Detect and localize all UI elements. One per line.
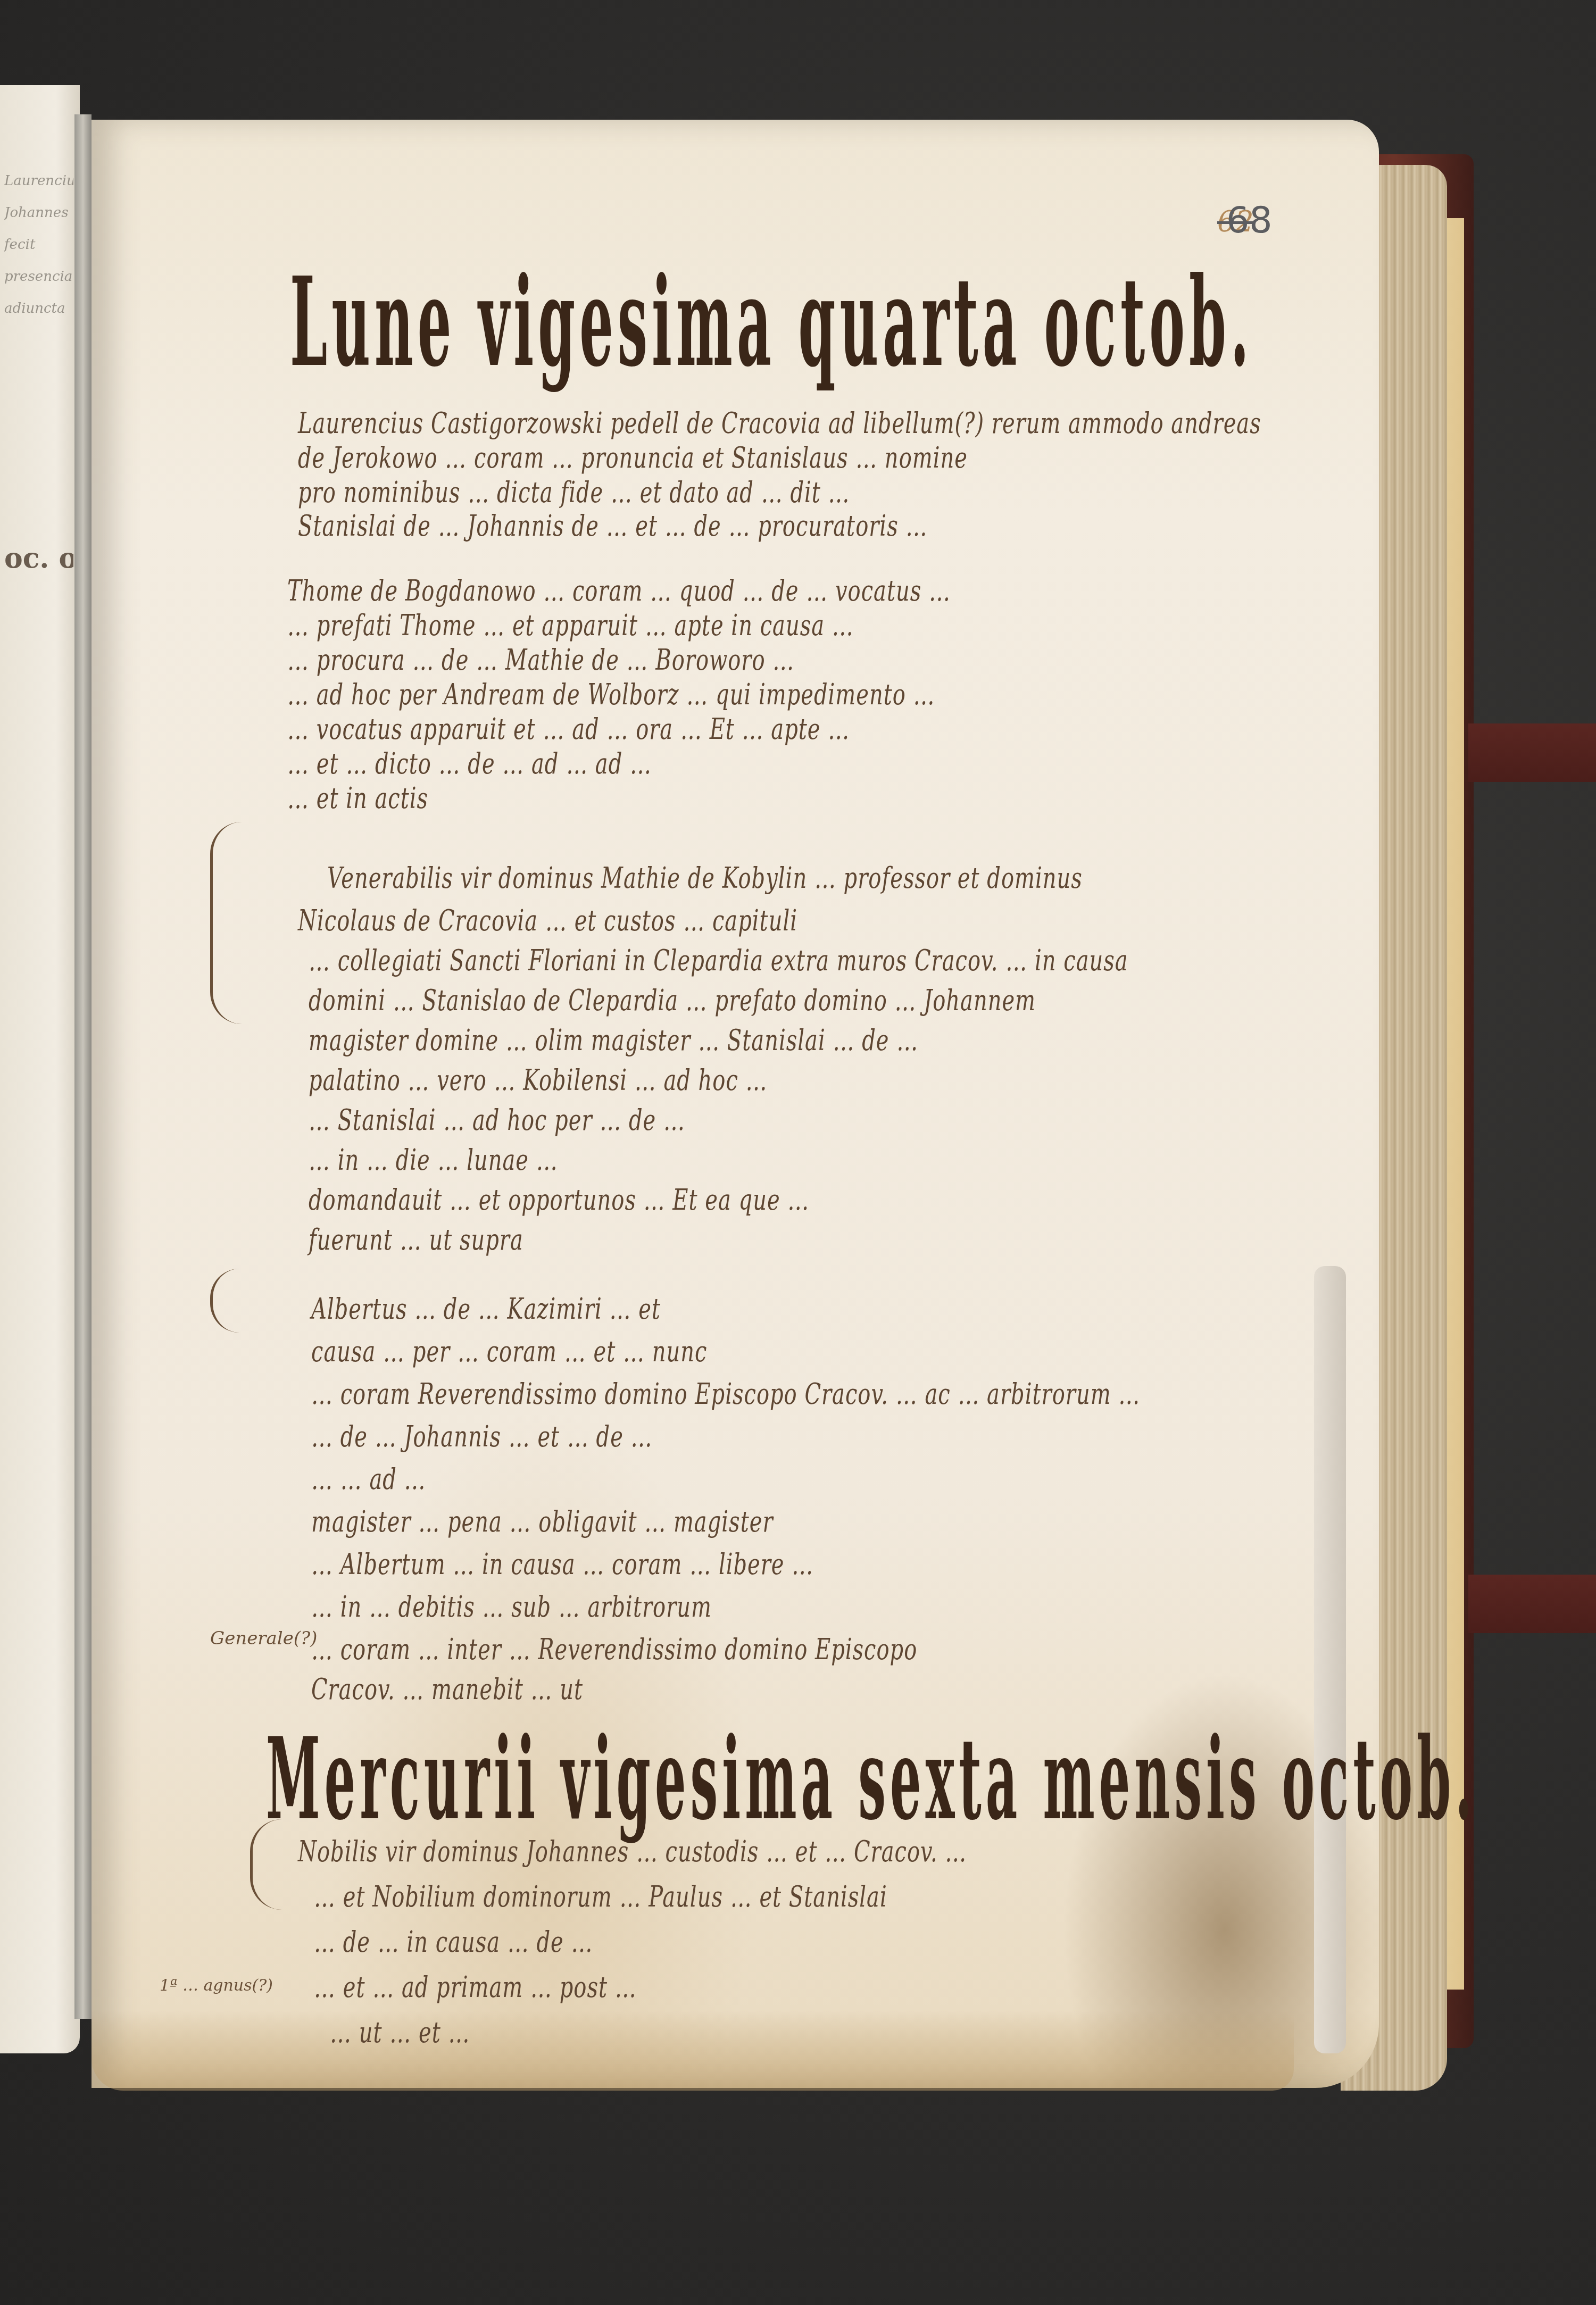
text-line: … Stanislai … ad hoc per … de … [309,1104,685,1137]
text-line: … Albertum … in causa … coram … libere … [311,1548,813,1581]
text-line: … … ad … [311,1463,426,1496]
text-line: … et … dicto … de … ad … ad … [287,747,652,780]
text-line: … et Nobilium dominorum … Paulus … et St… [314,1880,887,1913]
binding-tab-upper [1468,723,1596,782]
gutter [74,114,92,2019]
text-line: fuerunt … ut supra [309,1224,523,1256]
text-line: Venerabilis vir dominus Mathie de Kobyli… [327,862,1083,895]
margin-note: 1ª … agnus(?) [160,1976,273,1995]
text-line: … ad hoc per Andream de Wolborz … qui im… [287,678,935,711]
text-line: … de … Johannis … et … de … [311,1420,653,1453]
water-stain [92,2011,1294,2091]
left-page: Laurencius Johannes fecit presencia adiu… [0,85,80,2053]
text-line: causa … per … coram … et … nunc [311,1335,707,1368]
text-line: … vocatus apparuit et … ad … ora … Et … … [287,713,850,746]
text-line: Albertus … de … Kazimiri … et [311,1293,661,1326]
text-line: de Jerokowo … coram … pronuncia et Stani… [298,442,968,475]
margin-bracket [210,822,245,1024]
left-marginalia-2: Johannes [4,202,73,223]
left-marginalia-4: presencia [4,266,73,287]
text-line: … coram Reverendissimo domino Episcopo C… [311,1378,1140,1411]
section-heading-2: Mercurii vigesima sexta mensis octob. [266,1713,1476,1845]
text-line: … collegiati Sancti Floriani in Clepardi… [309,944,1128,977]
text-line: domandauit … et opportunos … Et ea que … [309,1184,809,1217]
text-line: Laurencius Castigorzowski pedell de Crac… [298,407,1261,440]
text-line: Nobilis vir dominus Johannes … custodis … [298,1835,967,1868]
text-line: … de … in causa … de … [314,1926,593,1959]
left-heading-fragment: oc. octob. [4,548,73,569]
text-line: Cracov. … manebit … ut [311,1673,583,1706]
text-line: pro nominibus … dicta fide … et dato ad … [298,476,850,509]
text-line: Thome de Bogdanowo … coram … quod … de …… [287,575,951,608]
text-line: … procura … de … Mathie de … Boroworo … [287,644,794,677]
damaged-edge [1314,1266,1346,2053]
text-line: magister … pena … obligavit … magister [311,1505,774,1538]
left-marginalia-5: adiuncta [4,298,73,319]
text-line: Nicolaus de Cracovia … et custos … capit… [298,904,797,937]
text-line: … in … die … lunae … [309,1144,558,1177]
folio-number: 68 [1226,199,1273,242]
text-line: Stanislai de … Johannis de … et … de … p… [298,510,927,543]
text-line: palatino … vero … Kobilensi … ad hoc … [309,1064,768,1097]
text-line: magister domine … olim magister … Stanis… [309,1024,918,1057]
text-line: … ut … et … [330,2016,470,2049]
text-line: … in … debitis … sub … arbitrorum [311,1591,712,1624]
text-line: … et in actis [287,782,428,815]
section-heading-1: Lune vigesima quarta octob. [290,250,1253,394]
binding-tab-lower [1468,1575,1596,1633]
left-marginalia-3: fecit [4,234,73,255]
text-line: … et … ad primam … post … [314,1971,637,2004]
margin-note: Generale(?) [210,1628,318,1649]
text-line: … prefati Thome … et apparuit … apte in … [287,609,854,642]
text-line: domini … Stanislao de Clepardia … prefat… [309,984,1036,1017]
text-line: … coram … inter … Reverendissimo domino … [311,1633,917,1666]
left-marginalia-1: Laurencius [4,170,73,192]
